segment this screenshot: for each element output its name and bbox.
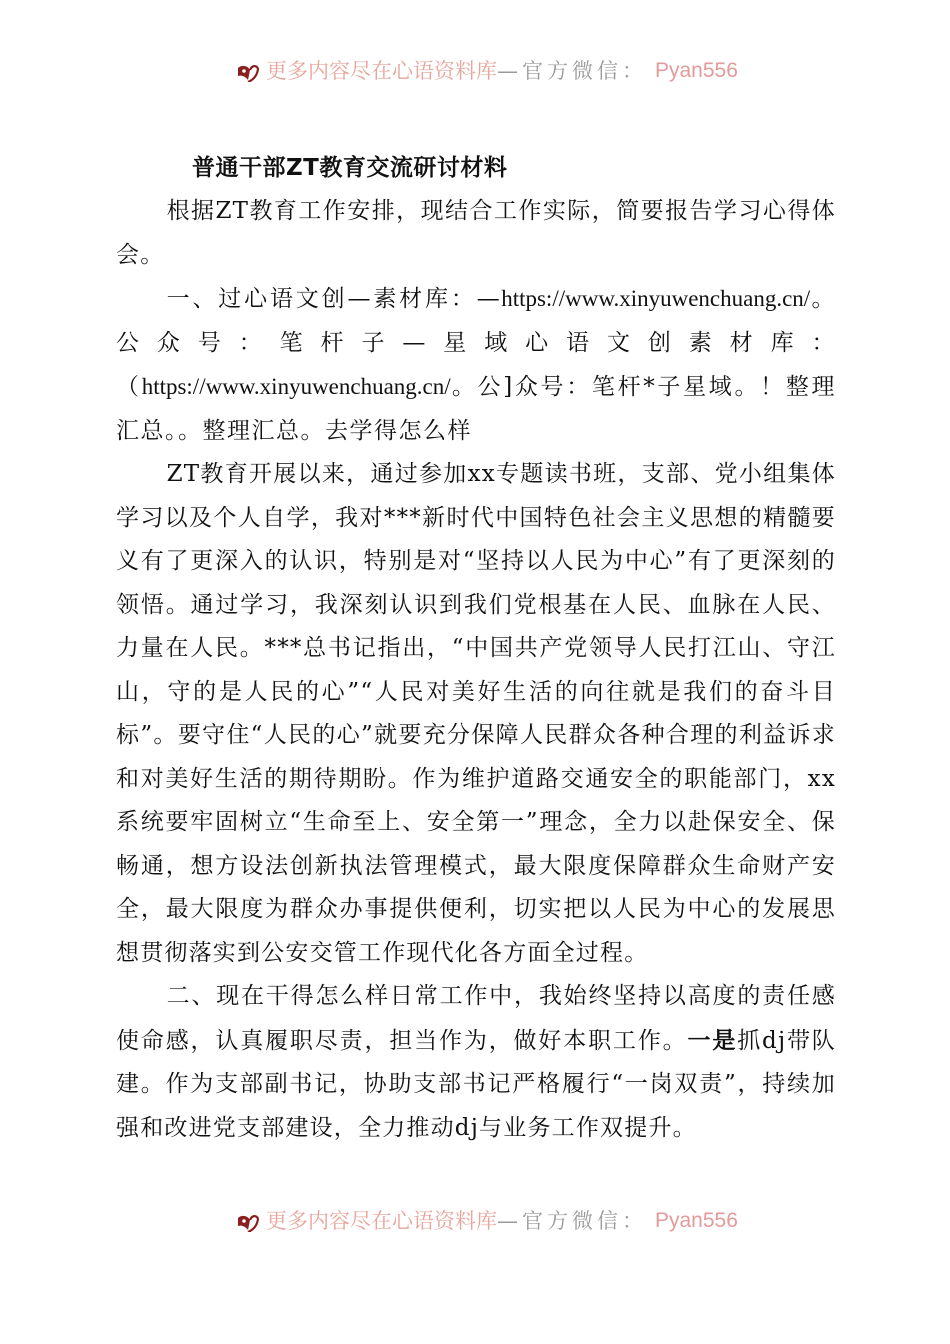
watermark-site-text: 更多内容尽在心语资料库 — [266, 1210, 497, 1232]
section1-heading-text: 一、过心语文创—素材库：— — [167, 286, 502, 312]
book-logo-icon — [236, 1210, 260, 1232]
source-link-1[interactable]: https://www.xinyuwenchuang.cn/ — [501, 286, 810, 311]
section2-bold-marker: 一是 — [688, 1027, 738, 1054]
book-logo-icon — [236, 60, 260, 82]
intro-paragraph: 根据ZT教育工作安排，现结合工作实际，简要报告学习心得体会。 — [116, 190, 836, 277]
section2-paragraph: 二、现在干得怎么样日常工作中，我始终坚持以高度的责任感使命感，认真履职尽责，担当… — [116, 975, 836, 1150]
footer-watermark: 更多内容尽在心语资料库 —官方微信： Pyan556 — [236, 1210, 756, 1232]
header-watermark: 更多内容尽在心语资料库 —官方微信： Pyan556 — [236, 60, 756, 82]
watermark-wechat-id: Pyan556 — [655, 1210, 738, 1232]
source-link-2[interactable]: https://www.xinyuwenchuang.cn/ — [142, 374, 451, 399]
section1-paragraph: 一、过心语文创—素材库：—https://www.xinyuwenchuang.… — [116, 277, 836, 453]
document-page: 普通干部ZT教育交流研讨材料 根据ZT教育工作安排，现结合工作实际，简要报告学习… — [116, 150, 836, 1150]
watermark-wechat-label: —官方微信： — [497, 60, 647, 82]
body-paragraph-1: ZT教育开展以来，通过参加xx专题读书班，支部、党小组集体学习以及个人自学，我对… — [116, 453, 836, 975]
watermark-site-text: 更多内容尽在心语资料库 — [266, 60, 497, 82]
document-title: 普通干部ZT教育交流研讨材料 — [192, 150, 836, 186]
watermark-wechat-id: Pyan556 — [655, 60, 738, 82]
watermark-wechat-label: —官方微信： — [497, 1210, 647, 1232]
